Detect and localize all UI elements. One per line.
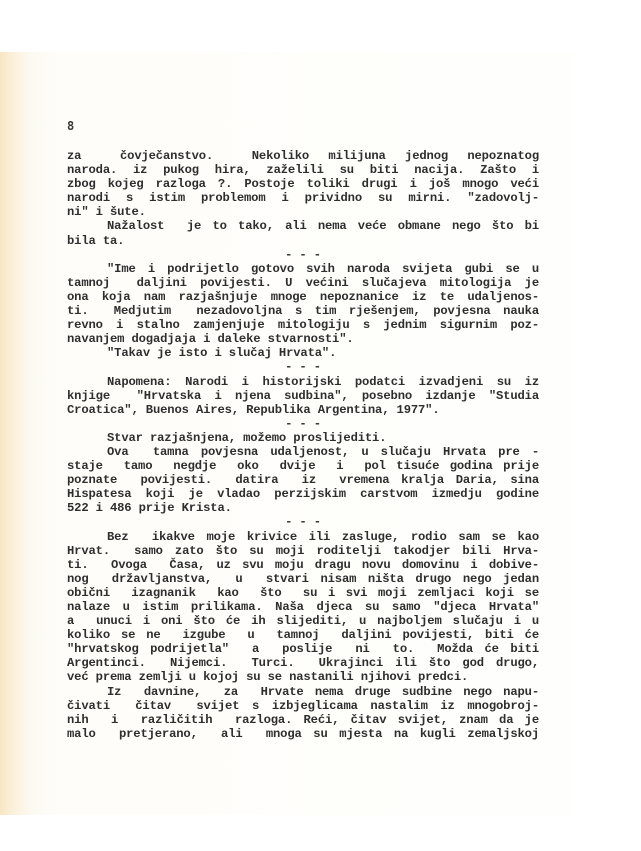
section-separator: - - -: [67, 417, 539, 431]
text-line: nog državljanstva, u stvari nisam ništa …: [67, 572, 539, 586]
text-line: staje tamo negdje oko dvije i pol tisuće…: [67, 459, 539, 473]
text-line: malo pretjerano, ali mnoga su mjesta na …: [67, 727, 539, 741]
text-line: knjige "Hrvatska i njena sudbina", poseb…: [67, 389, 539, 403]
text-line: navanjem dogadjaja i daleke stvarnosti".: [67, 332, 539, 346]
text-line: ona koja nam razjašnjuje mnoge nepoznani…: [67, 290, 539, 304]
text-line: poznate povijesti. datira iz vremena kra…: [67, 473, 539, 487]
section-separator: - - -: [67, 360, 539, 374]
text-line: zbog kojeg razloga ?. Postoje toliki dru…: [67, 177, 539, 191]
text-line: Croatica", Buenos Aires, Republika Argen…: [67, 403, 539, 417]
text-line: već prema zemlji u kojoj su se nastanili…: [67, 670, 539, 684]
text-line: bila ta.: [67, 234, 539, 248]
text-line: Iz davnine, za Hrvate nema druge sudbine…: [67, 685, 539, 699]
text-line: Stvar razjašnjena, možemo proslijediti.: [67, 431, 539, 445]
text-line: "hrvatskog podrijetla" a poslije ni to. …: [67, 642, 539, 656]
text-line: Bez ikakve moje krivice ili zasluge, rod…: [67, 530, 539, 544]
text-line: Ova tamna povjesna udaljenost, u slučaju…: [67, 445, 539, 459]
text-line: ni" i šute.: [67, 205, 539, 219]
text-line: Hrvat. samo zato što su moji roditelji t…: [67, 544, 539, 558]
text-line: Argentinci. Nijemci. Turci. Ukrajinci il…: [67, 656, 539, 670]
text-line: a unuci i oni što će ih slijediti, u naj…: [67, 614, 539, 628]
text-line: koliko se ne izgube u tamnoj daljini pov…: [67, 628, 539, 642]
text-line: "Takav je isto i slučaj Hrvata".: [67, 346, 539, 360]
text-line: Nažalost je to tako, ali nema veće obman…: [67, 219, 539, 233]
text-line: ti. Medjutim nezadovoljna s tim rješenje…: [67, 304, 539, 318]
text-line: za čovječanstvo. Nekoliko milijuna jedno…: [67, 149, 539, 163]
section-separator: - - -: [67, 515, 539, 529]
text-line: Napomena: Narodi i historijski podatci i…: [67, 375, 539, 389]
document-page: 8 za čovječanstvo. Nekoliko milijuna jed…: [0, 52, 573, 815]
page-number: 8: [67, 119, 74, 133]
text-line: 522 i 486 prije Krista.: [67, 501, 539, 515]
text-line: revno i stalno zamjenjuje mitologiju s j…: [67, 318, 539, 332]
text-line: naroda. iz pukog hira, zaželili su biti …: [67, 163, 539, 177]
text-line: narodi s istim problemom i prividno su m…: [67, 191, 539, 205]
section-separator: - - -: [67, 248, 539, 262]
text-line: obični izagnanik kao što su i svi moji z…: [67, 586, 539, 600]
body-text: za čovječanstvo. Nekoliko milijuna jedno…: [67, 149, 539, 741]
text-line: Hispatesa koji je vladao perzijskim cars…: [67, 487, 539, 501]
text-line: "Ime i podrijetlo gotovo svih naroda svi…: [67, 262, 539, 276]
text-line: ti. Ovoga Časa, uz svu moju dragu novu d…: [67, 558, 539, 572]
text-line: nih i različitih razloga. Reći, čitav sv…: [67, 713, 539, 727]
text-line: tamnoj daljini povijesti. U većini sluča…: [67, 276, 539, 290]
text-line: čivati čitav svijet s izbjeglicama nasta…: [67, 699, 539, 713]
text-line: nalaze u istim prilikama. Naša djeca su …: [67, 600, 539, 614]
